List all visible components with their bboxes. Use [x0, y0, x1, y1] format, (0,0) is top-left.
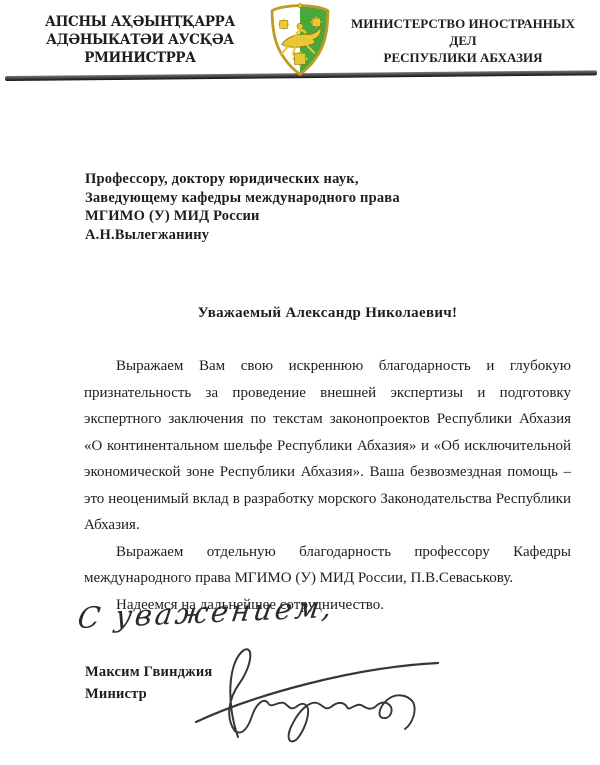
body-paragraph: Выражаем Вам свою искреннюю благодарност… — [84, 353, 571, 539]
org-left-line1: АПСНЫ АҲӘЫНҬҚАРРА — [12, 13, 268, 31]
org-left-line2: АДӘНЫКАТӘИ АУСҚӘА РМИНИСТРРА — [12, 31, 268, 67]
abkhazia-coat-of-arms-icon — [266, 3, 334, 78]
salutation: Уважаемый Александр Николаевич! — [84, 305, 571, 322]
letter-body: Выражаем Вам свою искреннюю благодарност… — [84, 353, 571, 618]
addressee-line: Профессору, доктору юридических наук, — [85, 170, 400, 189]
body-paragraph: Выражаем отдельную благодарность професс… — [84, 539, 571, 592]
org-right-line1: МИНИСТЕРСТВО ИНОСТРАННЫХ ДЕЛ — [347, 15, 579, 49]
letter-page: АПСНЫ АҲӘЫНҬҚАРРА АДӘНЫКАТӘИ АУСҚӘА РМИН… — [0, 0, 600, 765]
org-name-abkhazian: АПСНЫ АҲӘЫНҬҚАРРА АДӘНЫКАТӘИ АУСҚӘА РМИН… — [12, 13, 268, 67]
org-right-line2: РЕСПУБЛИКИ АБХАЗИЯ — [347, 49, 579, 66]
addressee-line: Заведующему кафедры международного права — [85, 189, 400, 208]
minister-signature — [186, 640, 448, 745]
org-name-russian: МИНИСТЕРСТВО ИНОСТРАННЫХ ДЕЛ РЕСПУБЛИКИ … — [347, 15, 579, 66]
addressee-line: МГИМО (У) МИД России — [85, 207, 400, 226]
addressee-line: А.Н.Вылегжанину — [85, 226, 400, 245]
addressee-block: Профессору, доктору юридических наук, За… — [85, 170, 400, 244]
